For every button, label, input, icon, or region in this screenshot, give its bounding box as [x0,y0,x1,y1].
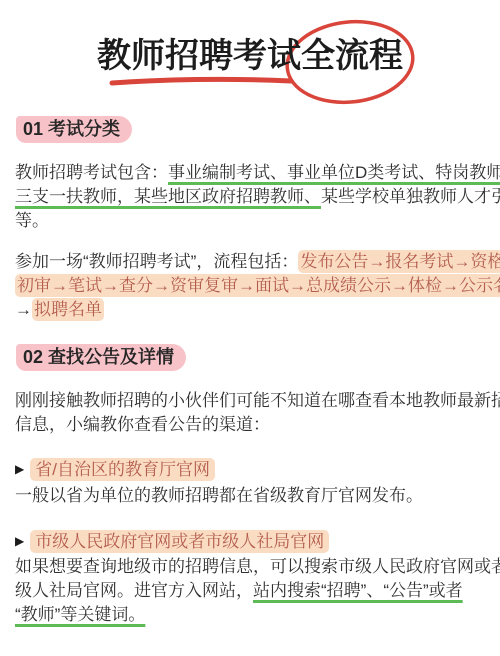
bullet-province: ▶省/自治区的教育厅官网 [15,458,215,481]
text-line: 信息，小编教你查看公告的渠道： [15,413,493,437]
infographic-page: 教师招聘考试全流程 01 考试分类 教师招聘考试包含：事业编制考试、事业单位D类… [0,0,500,656]
green-underlined-text: 事业编制考试、事业单位D类考试、特岗教师、 [168,163,500,182]
section-header-find-notice: 02 查找公告及详情 [16,344,186,371]
text-line: 三支一扶教师，某些地区政府招聘教师、某些学校单独教师人才引进 [15,185,493,209]
green-underlined-text: 三支一扶教师，某些地区政府招聘教师、 [15,187,321,206]
title-underlined-text: 教师招聘考试 [97,37,301,75]
highlighted-flow-text: 发布公告→报名考试→资格 [298,250,500,273]
arrow-text: → [15,300,32,319]
text-line: 教师招聘考试包含：事业编制考试、事业单位D类考试、特岗教师、 [15,161,493,185]
title-underline-icon [112,79,291,83]
text-line: 级人社局官网。进官方入网站，站内搜索“招聘”、“公告”或者 [15,579,493,603]
paragraph-text: 级人社局官网。进官方入网站， [15,581,253,600]
green-underlined-text: “教师”等关键词。 [15,605,145,624]
paragraph-text: 信息，小编教你查看公告的渠道： [15,415,270,434]
exam-types-paragraph: 教师招聘考试包含：事业编制考试、事业单位D类考试、特岗教师、 三支一扶教师，某些… [15,161,493,233]
title-circled-text: 全流程 [301,37,403,75]
bullet-province-label: 省/自治区的教育厅官网 [30,458,215,481]
section-header-exam-types: 01 考试分类 [16,116,132,143]
triangle-bullet-icon: ▶ [15,534,24,548]
green-underlined-text: 站内搜索“招聘”、“公告”或者 [253,581,463,600]
paragraph-text: 教师招聘考试包含： [15,163,168,182]
bullet-city: ▶市级人民政府官网或者市级人社局官网 [15,530,329,553]
bullet-province-description: 一般以省为单位的教师招聘都在省级教育厅官网发布。 [15,485,423,507]
paragraph-text: 如果想要查询地级市的招聘信息，可以搜索市级人民政府官网或者市 [15,557,500,576]
text-line: “教师”等关键词。 [15,603,493,627]
text-line: 等。 [15,209,493,233]
highlighted-flow-text: 初审→笔试→查分→资审复审→面试→总成绩公示→体检→公示名单 [15,274,500,297]
triangle-bullet-icon: ▶ [15,462,24,476]
paragraph-text: 某些学校单独教师人才引进 [321,187,500,206]
paragraph-text: 刚刚接触教师招聘的小伙伴们可能不知道在哪查看本地教师最新招聘 [15,391,500,410]
highlighted-flow-text: 拟聘名单 [32,298,104,321]
process-paragraph: 参加一场“教师招聘考试”，流程包括：发布公告→报名考试→资格 初审→笔试→查分→… [15,250,493,322]
paragraph-text: 等。 [15,211,49,230]
intro-notice-paragraph: 刚刚接触教师招聘的小伙伴们可能不知道在哪查看本地教师最新招聘 信息，小编教你查看… [15,389,493,437]
text-line: →拟聘名单 [15,298,493,322]
bullet-city-label: 市级人民政府官网或者市级人社局官网 [30,530,329,553]
city-detail-paragraph: 如果想要查询地级市的招聘信息，可以搜索市级人民政府官网或者市 级人社局官网。进官… [15,555,493,627]
text-line: 如果想要查询地级市的招聘信息，可以搜索市级人民政府官网或者市 [15,555,493,579]
text-line: 参加一场“教师招聘考试”，流程包括：发布公告→报名考试→资格 [15,250,493,274]
text-line: 初审→笔试→查分→资审复审→面试→总成绩公示→体检→公示名单 [15,274,493,298]
text-line: 刚刚接触教师招聘的小伙伴们可能不知道在哪查看本地教师最新招聘 [15,389,493,413]
page-title: 教师招聘考试全流程 [0,36,500,76]
paragraph-text: 参加一场“教师招聘考试”，流程包括： [15,252,298,271]
